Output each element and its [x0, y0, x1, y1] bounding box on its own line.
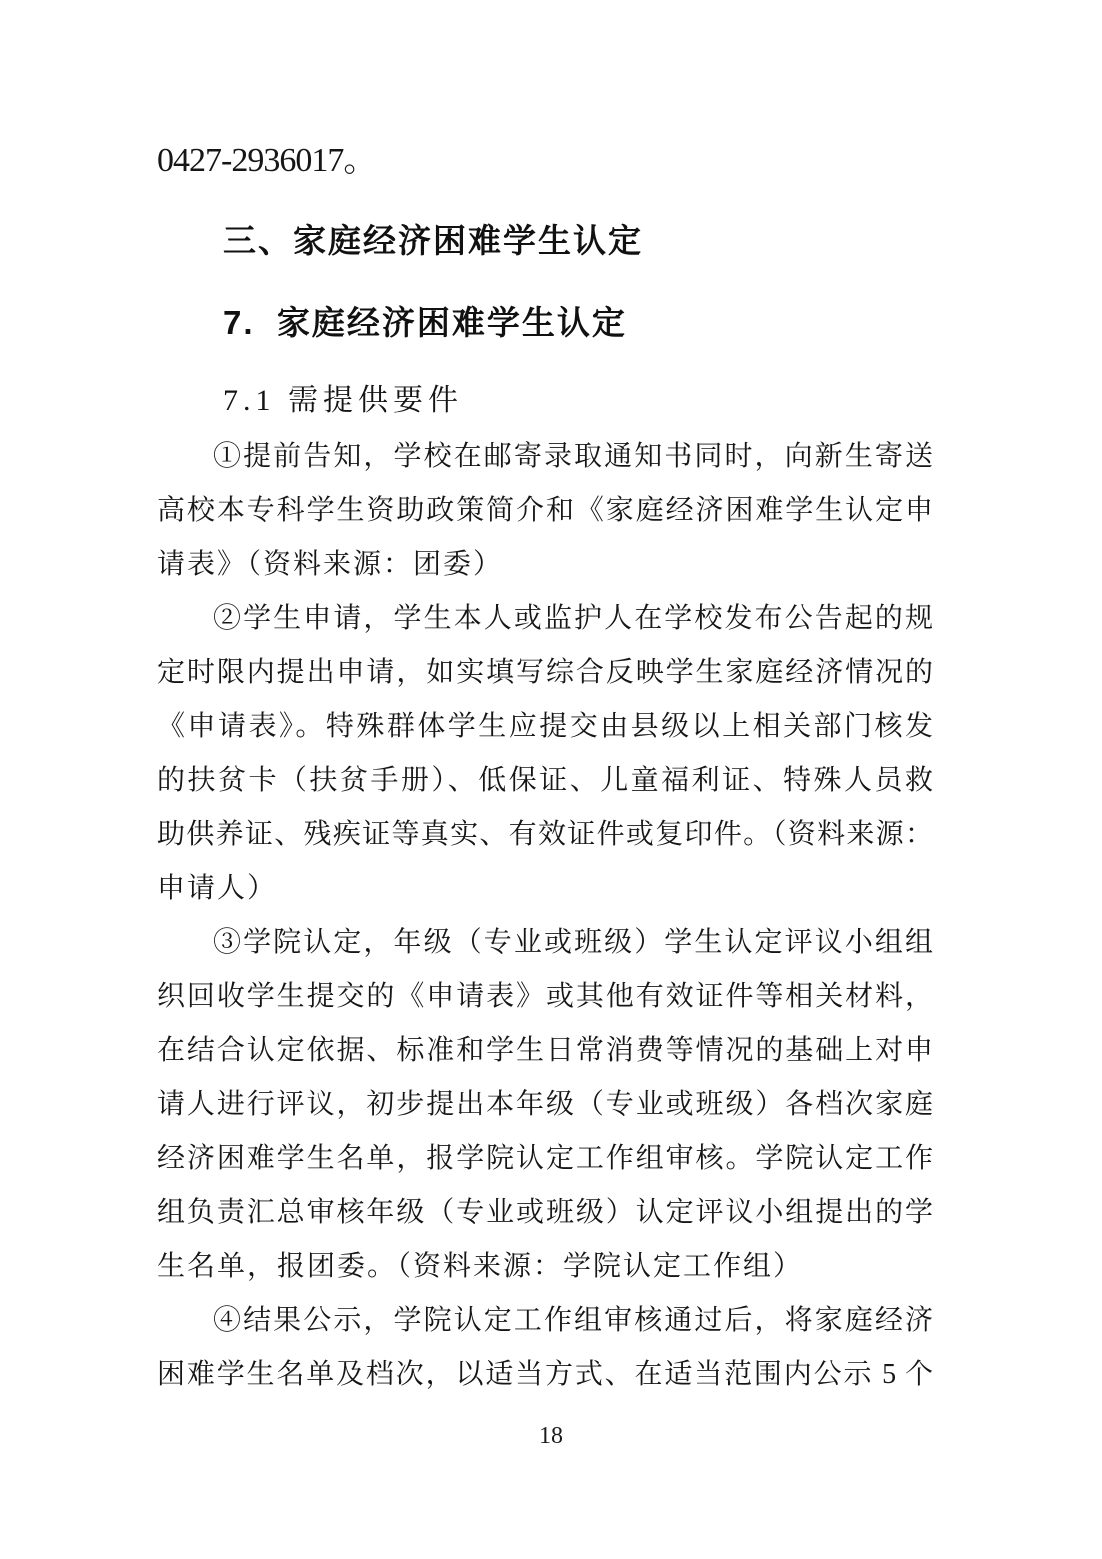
text-line: 织回收学生提交的《申请表》或其他有效证件等相关材料， [157, 970, 933, 1024]
text-line: 助供养证、残疾证等真实、有效证件或复印件。（资料来源： [157, 808, 933, 862]
text-line: 《申请表》。特殊群体学生应提交由县级以上相关部门核发 [157, 700, 933, 754]
text-line: 定时限内提出申请，如实填写综合反映学生家庭经济情况的 [157, 646, 933, 700]
item-heading: 7. 家庭经济困难学生认定 [157, 306, 627, 339]
text-line: 生名单，报团委。（资料来源：学院认定工作组） [157, 1240, 933, 1294]
document-page: 0427-2936017。 三、家庭经济困难学生认定 7. 家庭经济困难学生认定… [0, 0, 1102, 1559]
text-line: 在结合认定依据、标准和学生日常消费等情况的基础上对申 [157, 1024, 933, 1078]
text-line: 经济困难学生名单，报学院认定工作组审核。学院认定工作 [157, 1132, 933, 1186]
text-line: ③学院认定，年级（专业或班级）学生认定评议小组组 [157, 916, 933, 970]
text-line: 的扶贫卡（扶贫手册）、低保证、儿童福利证、特殊人员救 [157, 754, 933, 808]
text-line: 请表》（资料来源：团委） [157, 538, 933, 592]
page-number: 18 [0, 1424, 1102, 1448]
text-line: 高校本专科学生资助政策简介和《家庭经济困难学生认定申 [157, 484, 933, 538]
text-line: ①提前告知，学校在邮寄录取通知书同时，向新生寄送 [157, 430, 933, 484]
text-line: 申请人） [157, 862, 933, 916]
text-line: 组负责汇总审核年级（专业或班级）认定评议小组提出的学 [157, 1186, 933, 1240]
text-line: ②学生申请，学生本人或监护人在学校发布公告起的规 [157, 592, 933, 646]
section-heading: 三、家庭经济困难学生认定 [157, 224, 643, 257]
phone-continuation-line: 0427-2936017。 [157, 144, 376, 178]
text-line: 请人进行评议，初步提出本年级（专业或班级）各档次家庭 [157, 1078, 933, 1132]
body-text: ①提前告知，学校在邮寄录取通知书同时，向新生寄送高校本专科学生资助政策简介和《家… [157, 430, 933, 1402]
sub-heading: 7.1 需提供要件 [157, 386, 463, 416]
text-line: ④结果公示，学院认定工作组审核通过后，将家庭经济 [157, 1294, 933, 1348]
text-line: 困难学生名单及档次，以适当方式、在适当范围内公示 5 个 [157, 1348, 933, 1402]
